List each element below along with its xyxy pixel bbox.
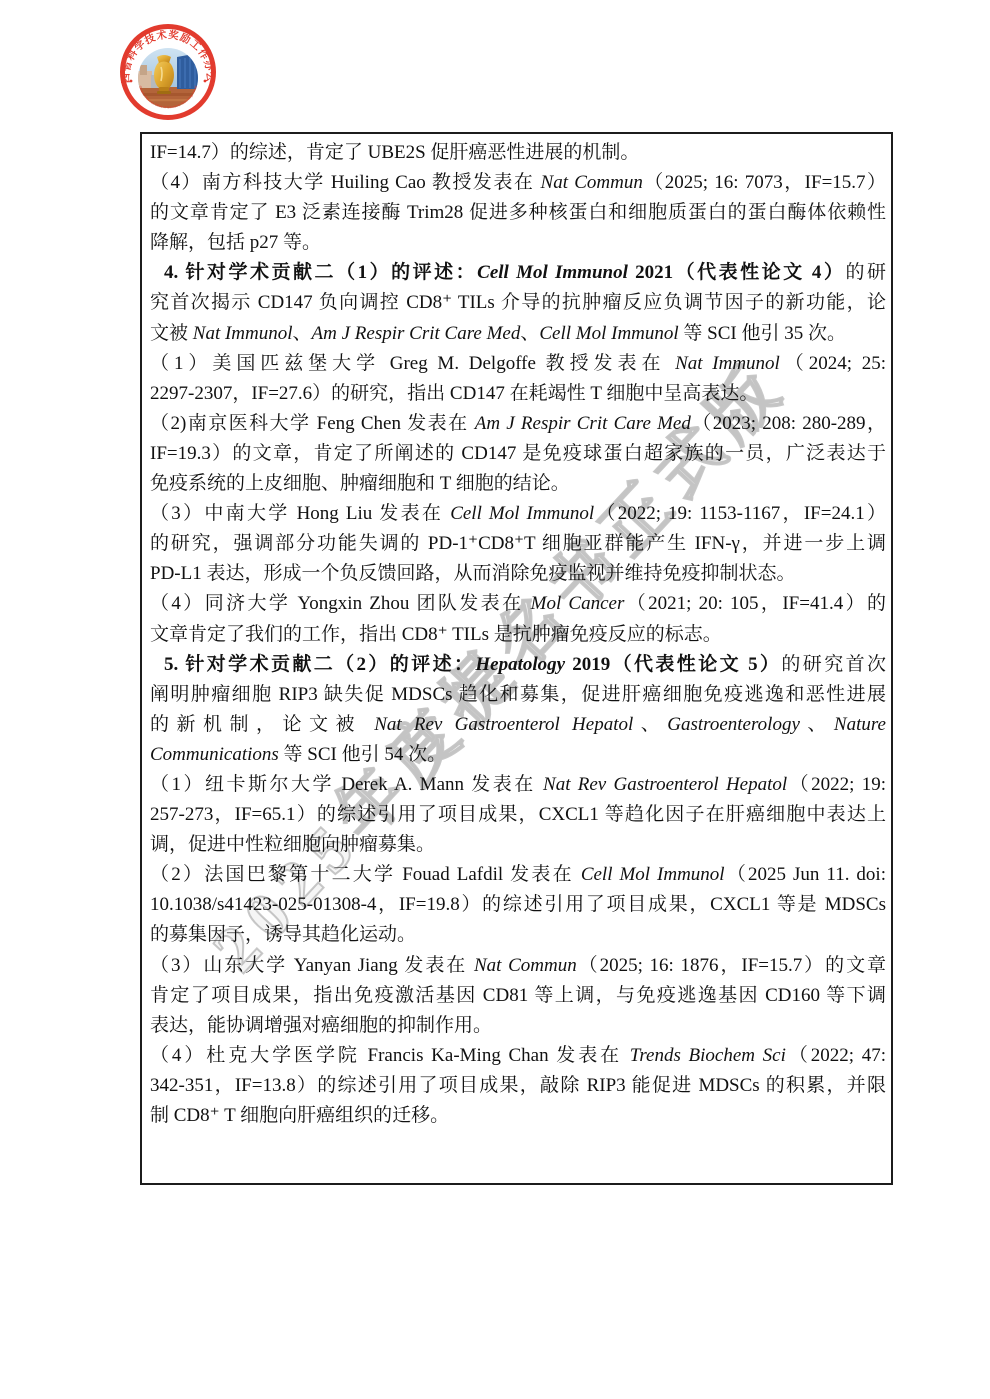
- seal-dot-right: [204, 80, 207, 83]
- text-line: 10.1038/s41423-025-01308-4，IF=19.8）的综述引用…: [150, 890, 886, 920]
- text-segment: 的研: [845, 262, 886, 283]
- text-line: 257-273，IF=65.1）的综述引用了项目成果，CXCL1 等趋化因子在肝…: [150, 800, 886, 830]
- text-segment: （1）纽卡斯尔大学 Derek A. Mann 发表在: [150, 774, 543, 795]
- text-segment: （2022; 47:: [786, 1045, 886, 1066]
- text-segment: 的研究首次: [781, 654, 886, 675]
- text-line: （2）法国巴黎第十二大学 Fouad Lafdil 发表在 Cell Mol I…: [150, 860, 886, 890]
- text-line: 342-351，IF=13.8）的综述引用了项目成果，敲除 RIP3 能促进 M…: [150, 1071, 886, 1101]
- text-segment: 的募集因子，诱导其趋化运动。: [150, 924, 416, 945]
- text-line: 4. 针对学术贡献二（1）的评述：Cell Mol Immunol 2021（代…: [150, 258, 886, 288]
- text-segment: PD-L1 表达，形成一个负反馈回路，从而消除免疫监视并维持免疫抑制状态。: [150, 563, 795, 584]
- text-segment: （2025; 16: 7073，IF=15.7）: [643, 172, 886, 193]
- text-segment: （2023; 208: 280-289，: [691, 413, 886, 434]
- text-segment: Am J Respir Crit Care Med: [475, 413, 691, 434]
- text-segment: （3）中南大学 Hong Liu 发表在: [150, 503, 450, 524]
- text-line: （4）同济大学 Yongxin Zhou 团队发表在 Mol Cancer（20…: [150, 589, 886, 619]
- text-segment: Nat Rev Gastroenterol Hepatol: [374, 714, 633, 735]
- text-segment: （2022; 19: 1153-1167，IF=24.1）: [594, 503, 886, 524]
- text-segment: Nature: [834, 714, 886, 735]
- text-segment: Communications: [150, 744, 279, 765]
- text-segment: 降解，包括 p27 等。: [150, 232, 321, 253]
- text-segment: Nat Rev Gastroenterol Hepatol: [543, 774, 787, 795]
- text-line: 肯定了项目成果，指出免疫激活基因 CD81 等上调，与免疫逃逸基因 CD160 …: [150, 981, 886, 1011]
- text-segment: Mol Cancer: [531, 593, 625, 614]
- text-line: 的募集因子，诱导其趋化运动。: [150, 920, 886, 950]
- text-segment: （2）法国巴黎第十二大学 Fouad Lafdil 发表在: [150, 864, 581, 885]
- text-segment: 阐明肿瘤细胞 RIP3 缺失促 MDSCs 趋化和募集，促进肝癌细胞免疫逃逸和恶…: [150, 684, 886, 705]
- text-segment: （4）同济大学 Yongxin Zhou 团队发表在: [150, 593, 531, 614]
- text-segment: 调，促进中性粒细胞向肿瘤募集。: [150, 834, 435, 855]
- text-segment: 文被: [150, 323, 193, 344]
- text-segment: （1）美国匹兹堡大学 Greg M. Delgoffe 教授发表在: [150, 353, 675, 374]
- text-segment: Cell Mol Immunol: [539, 323, 678, 344]
- text-segment: （2022; 19:: [787, 774, 886, 795]
- seal-svg: 陕西省科学技术奖励工作办公室 Shaanxi Province Office O…: [119, 23, 217, 121]
- text-segment: 、: [800, 714, 834, 735]
- text-segment: IF=19.3）的文章，肯定了所阐述的 CD147 是免疫球蛋白超家族的一员，广…: [150, 443, 886, 464]
- text-line: 文被 Nat Immunol、Am J Respir Crit Care Med…: [150, 319, 886, 349]
- text-segment: 文章肯定了我们的工作，指出 CD8⁺ TILs 是抗肿瘤免疫反应的标志。: [150, 624, 722, 645]
- text-segment: （2025 Jun 11. doi:: [725, 864, 886, 885]
- text-line: （3）山东大学 Yanyan Jiang 发表在 Nat Commun（2025…: [150, 951, 886, 981]
- text-segment: （2024; 25:: [780, 353, 886, 374]
- text-segment: （4）杜克大学医学院 Francis Ka-Ming Chan 发表在: [150, 1045, 630, 1066]
- text-segment: 2019（代表性论文 5）: [565, 654, 781, 675]
- text-line: （1）纽卡斯尔大学 Derek A. Mann 发表在 Nat Rev Gast…: [150, 770, 886, 800]
- text-segment: Nat Commun: [474, 955, 577, 976]
- document-text: IF=14.7）的综述，肯定了 UBE2S 促肝癌恶性进展的机制。（4）南方科技…: [150, 138, 886, 1131]
- text-segment: 免疫系统的上皮细胞、肿瘤细胞和 T 细胞的结论。: [150, 473, 570, 494]
- trophy-icon: [154, 60, 174, 90]
- text-segment: （4）南方科技大学 Huiling Cao 教授发表在: [150, 172, 541, 193]
- text-segment: 等 SCI 他引 54 次。: [279, 744, 446, 765]
- text-segment: 究首次揭示 CD147 负向调控 CD8⁺ TILs 介导的抗肿瘤反应负调节因子…: [150, 292, 886, 313]
- text-segment: 4. 针对学术贡献二（1）的评述：: [164, 262, 477, 283]
- text-line: IF=14.7）的综述，肯定了 UBE2S 促肝癌恶性进展的机制。: [150, 138, 886, 168]
- text-segment: （3）山东大学 Yanyan Jiang 发表在: [150, 955, 474, 976]
- text-segment: 5. 针对学术贡献二（2）的评述：: [164, 654, 475, 675]
- text-segment: 等 SCI 他引 35 次。: [679, 323, 846, 344]
- text-segment: Am J Respir Crit Care Med: [312, 323, 521, 344]
- text-line: 究首次揭示 CD147 负向调控 CD8⁺ TILs 介导的抗肿瘤反应负调节因子…: [150, 288, 886, 318]
- text-line: （1）美国匹兹堡大学 Greg M. Delgoffe 教授发表在 Nat Im…: [150, 349, 886, 379]
- text-segment: Cell Mol Immunol: [477, 262, 628, 283]
- text-segment: Gastroenterology: [667, 714, 800, 735]
- text-segment: 342-351，IF=13.8）的综述引用了项目成果，敲除 RIP3 能促进 M…: [150, 1075, 886, 1096]
- text-segment: 10.1038/s41423-025-01308-4，IF=19.8）的综述引用…: [150, 894, 886, 915]
- text-segment: 的研究，强调部分功能失调的 PD-1⁺CD8⁺T 细胞亚群能产生 IFN-γ，并…: [150, 533, 886, 554]
- text-segment: 2021（代表性论文 4）: [628, 262, 846, 283]
- text-segment: 表达，能协调增强对癌细胞的抑制作用。: [150, 1015, 492, 1036]
- text-line: 5. 针对学术贡献二（2）的评述：Hepatology 2019（代表性论文 5…: [150, 650, 886, 680]
- text-segment: Nat Immunol: [193, 323, 293, 344]
- text-line: （4）南方科技大学 Huiling Cao 教授发表在 Nat Commun（2…: [150, 168, 886, 198]
- text-line: 调，促进中性粒细胞向肿瘤募集。: [150, 830, 886, 860]
- text-segment: （2025; 16: 1876，IF=15.7）的文章: [577, 955, 886, 976]
- text-segment: Nat Commun: [541, 172, 643, 193]
- text-segment: 制 CD8⁺ T 细胞向肝癌组织的迁移。: [150, 1105, 449, 1126]
- text-line: （4）杜克大学医学院 Francis Ka-Ming Chan 发表在 Tren…: [150, 1041, 886, 1071]
- text-segment: 的文章肯定了 E3 泛素连接酶 Trim28 促进多种核蛋白和细胞质蛋白的蛋白酶…: [150, 202, 886, 223]
- text-segment: 、: [293, 323, 312, 344]
- text-segment: 2297-2307，IF=27.6）的研究，指出 CD147 在耗竭性 T 细胞…: [150, 383, 758, 404]
- text-line: （2)南京医科大学 Feng Chen 发表在 Am J Respir Crit…: [150, 409, 886, 439]
- text-segment: Nat Immunol: [675, 353, 780, 374]
- text-segment: 257-273，IF=65.1）的综述引用了项目成果，CXCL1 等趋化因子在肝…: [150, 804, 886, 825]
- text-line: 表达，能协调增强对癌细胞的抑制作用。: [150, 1011, 886, 1041]
- text-segment: Cell Mol Immunol: [450, 503, 594, 524]
- text-segment: （2021; 20: 105，IF=41.4）的: [624, 593, 886, 614]
- text-line: 的研究，强调部分功能失调的 PD-1⁺CD8⁺T 细胞亚群能产生 IFN-γ，并…: [150, 529, 886, 559]
- text-segment: Cell Mol Immunol: [581, 864, 725, 885]
- text-segment: 、: [520, 323, 539, 344]
- text-line: Communications 等 SCI 他引 54 次。: [150, 740, 886, 770]
- text-segment: Trends Biochem Sci: [630, 1045, 786, 1066]
- text-line: 降解，包括 p27 等。: [150, 228, 886, 258]
- text-line: 的文章肯定了 E3 泛素连接酶 Trim28 促进多种核蛋白和细胞质蛋白的蛋白酶…: [150, 198, 886, 228]
- text-line: 文章肯定了我们的工作，指出 CD8⁺ TILs 是抗肿瘤免疫反应的标志。: [150, 620, 886, 650]
- seal-dot-left: [130, 80, 133, 83]
- text-segment: Hepatology: [475, 654, 565, 675]
- text-line: 的新机制，论文被 Nat Rev Gastroenterol Hepatol、G…: [150, 710, 886, 740]
- text-segment: 肯定了项目成果，指出免疫激活基因 CD81 等上调，与免疫逃逸基因 CD160 …: [150, 985, 886, 1006]
- text-segment: IF=14.7）的综述，肯定了 UBE2S 促肝癌恶性进展的机制。: [150, 142, 639, 163]
- text-line: 阐明肿瘤细胞 RIP3 缺失促 MDSCs 趋化和募集，促进肝癌细胞免疫逃逸和恶…: [150, 680, 886, 710]
- page: 陕西省科学技术奖励工作办公室 Shaanxi Province Office O…: [0, 0, 990, 1399]
- text-line: （3）中南大学 Hong Liu 发表在 Cell Mol Immunol（20…: [150, 499, 886, 529]
- text-segment: 、: [633, 714, 667, 735]
- text-line: 2297-2307，IF=27.6）的研究，指出 CD147 在耗竭性 T 细胞…: [150, 379, 886, 409]
- text-line: PD-L1 表达，形成一个负反馈回路，从而消除免疫监视并维持免疫抑制状态。: [150, 559, 886, 589]
- text-line: IF=19.3）的文章，肯定了所阐述的 CD147 是免疫球蛋白超家族的一员，广…: [150, 439, 886, 469]
- text-segment: （2)南京医科大学 Feng Chen 发表在: [150, 413, 475, 434]
- text-line: 制 CD8⁺ T 细胞向肝癌组织的迁移。: [150, 1101, 886, 1131]
- text-segment: 的新机制，论文被: [150, 714, 374, 735]
- text-line: 免疫系统的上皮细胞、肿瘤细胞和 T 细胞的结论。: [150, 469, 886, 499]
- org-seal-logo: 陕西省科学技术奖励工作办公室 Shaanxi Province Office O…: [119, 23, 217, 121]
